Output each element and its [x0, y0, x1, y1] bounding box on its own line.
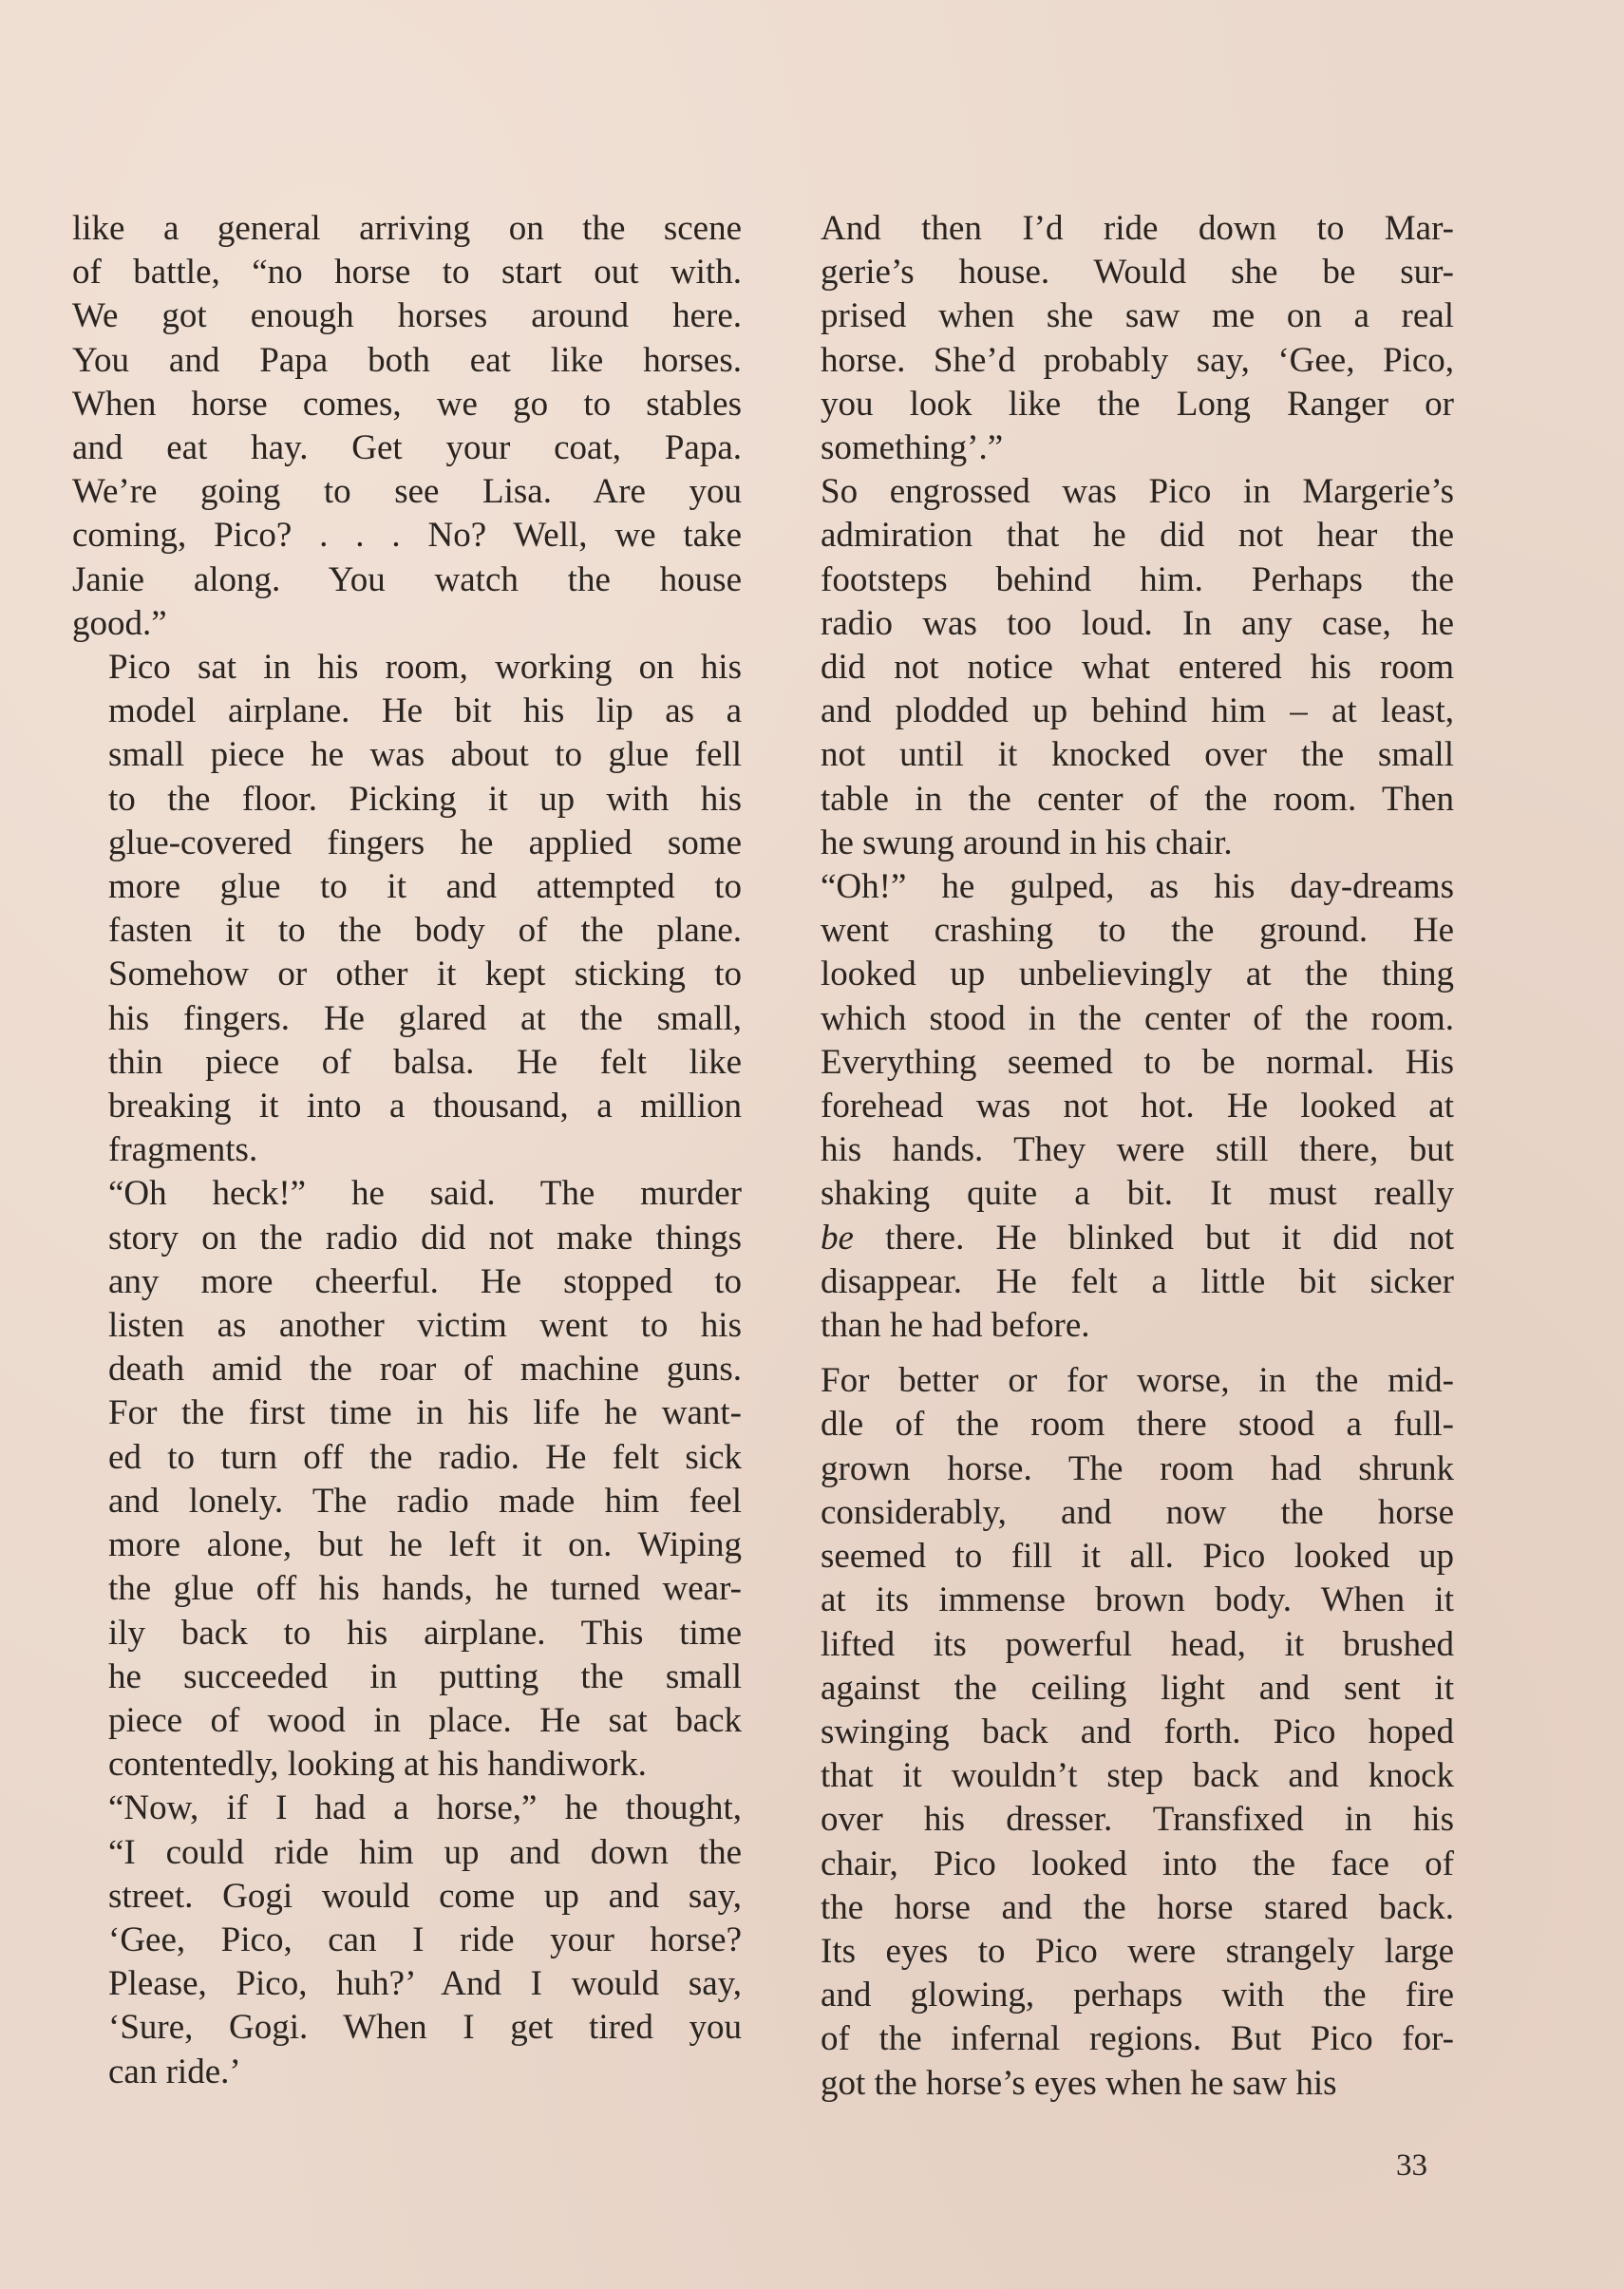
italic-emphasis: be: [821, 1219, 854, 1258]
text-line: and lonely. The radio made him feel: [72, 1480, 742, 1523]
text-line: good.”: [72, 602, 742, 646]
text-line: small piece he was about to glue fell: [72, 733, 742, 777]
text-line: got the horse’s eyes when he saw his: [784, 2062, 1454, 2106]
text-line: went crashing to the ground. He: [784, 909, 1454, 953]
text-line: and glowing, perhaps with the fire: [784, 1974, 1454, 2017]
text-line: his fingers. He glared at the small,: [72, 997, 742, 1041]
text-line: Its eyes to Pico were strangely large: [784, 1930, 1454, 1974]
text-line: prised when she saw me on a real: [784, 294, 1454, 338]
paragraph: “Now, if I had a horse,” he thought,“I c…: [72, 1787, 742, 2093]
text-line: When horse comes, we go to stables: [72, 383, 742, 426]
text-line: piece of wood in place. He sat back: [72, 1699, 742, 1743]
text-line: coming, Pico? . . . No? Well, we take: [72, 514, 742, 558]
text-line: contentedly, looking at his handiwork.: [72, 1743, 742, 1787]
text-line: admiration that he did not hear the: [784, 514, 1454, 558]
text-line: radio was too loud. In any case, he: [784, 602, 1454, 646]
text-line: at its immense brown body. When it: [784, 1579, 1454, 1622]
text-line: his hands. They were still there, but: [784, 1128, 1454, 1172]
text-line: We’re going to see Lisa. Are you: [72, 470, 742, 514]
text-line: chair, Pico looked into the face of: [784, 1843, 1454, 1886]
text-line: forehead was not hot. He looked at: [784, 1085, 1454, 1128]
text-line: You and Papa both eat like horses.: [72, 339, 742, 383]
right-column: And then I’d ride down to Mar-gerie’s ho…: [784, 207, 1454, 2106]
text-line: For the first time in his life he want-: [72, 1391, 742, 1435]
text-line: against the ceiling light and sent it: [784, 1667, 1454, 1711]
page-number: 33: [1396, 2148, 1427, 2184]
text-line: than he had before.: [784, 1304, 1454, 1348]
text-line: that it wouldn’t step back and knock: [784, 1754, 1454, 1798]
text-line: you look like the Long Ranger or: [784, 383, 1454, 426]
paragraph: So engrossed was Pico in Margerie’sadmir…: [784, 470, 1454, 865]
text-line: can ride.’: [72, 2051, 742, 2094]
text-line: which stood in the center of the room.: [784, 997, 1454, 1041]
text-line: shaking quite a bit. It must really: [784, 1172, 1454, 1216]
text-line: Janie along. You watch the house: [72, 558, 742, 602]
paragraph: “Oh heck!” he said. The murderstory on t…: [72, 1172, 742, 1787]
text-line: any more cheerful. He stopped to: [72, 1260, 742, 1304]
text-line: fasten it to the body of the plane.: [72, 909, 742, 953]
paragraph: “Oh!” he gulped, as his day-dreamswent c…: [784, 865, 1454, 1348]
text-line: not until it knocked over the small: [784, 733, 1454, 777]
text-line: to the floor. Picking it up with his: [72, 778, 742, 822]
text-line: dle of the room there stood a full-: [784, 1403, 1454, 1447]
text-line: “Oh heck!” he said. The murder: [72, 1172, 742, 1216]
text-line: more glue to it and attempted to: [72, 865, 742, 909]
text-line: ‘Gee, Pico, can I ride your horse?: [72, 1919, 742, 1962]
text-line: of battle, “no horse to start out with.: [72, 251, 742, 294]
text-line: Somehow or other it kept sticking to: [72, 953, 742, 996]
text-line: lifted its powerful head, it brushed: [784, 1623, 1454, 1667]
text-line: breaking it into a thousand, a million: [72, 1085, 742, 1128]
text-line: So engrossed was Pico in Margerie’s: [784, 470, 1454, 514]
text-line: ed to turn off the radio. He felt sick: [72, 1436, 742, 1480]
text-line: model airplane. He bit his lip as a: [72, 690, 742, 733]
text-line: Please, Pico, huh?’ And I would say,: [72, 1962, 742, 2006]
text-line: We got enough horses around here.: [72, 294, 742, 338]
text-line: death amid the roar of machine guns.: [72, 1348, 742, 1391]
text-line: thin piece of balsa. He felt like: [72, 1041, 742, 1085]
book-page: like a general arriving on the sceneof b…: [0, 0, 1624, 2289]
text-line: he succeeded in putting the small: [72, 1655, 742, 1699]
text-line: he swung around in his chair.: [784, 822, 1454, 865]
text-line: glue-covered fingers he applied some: [72, 822, 742, 865]
text-line: table in the center of the room. Then: [784, 778, 1454, 822]
text-line: footsteps behind him. Perhaps the: [784, 558, 1454, 602]
left-column: like a general arriving on the sceneof b…: [72, 207, 742, 2094]
text-line: swinging back and forth. Pico hoped: [784, 1711, 1454, 1754]
text-line: For better or for worse, in the mid-: [784, 1359, 1454, 1403]
text-line: And then I’d ride down to Mar-: [784, 207, 1454, 251]
text-line: looked up unbelievingly at the thing: [784, 953, 1454, 996]
text-line: grown horse. The room had shrunk: [784, 1447, 1454, 1491]
text-line: considerably, and now the horse: [784, 1491, 1454, 1535]
text-line: did not notice what entered his room: [784, 646, 1454, 690]
text-line: the horse and the horse stared back.: [784, 1886, 1454, 1930]
text-line: “I could ride him up and down the: [72, 1831, 742, 1875]
paragraph: For better or for worse, in the mid-dle …: [784, 1359, 1454, 2105]
text-line: fragments.: [72, 1128, 742, 1172]
text-line: story on the radio did not make things: [72, 1217, 742, 1260]
paragraph: Pico sat in his room, working on hismode…: [72, 646, 742, 1172]
text-line: horse. She’d probably say, ‘Gee, Pico,: [784, 339, 1454, 383]
text-line: Pico sat in his room, working on his: [72, 646, 742, 690]
text-line: ‘Sure, Gogi. When I get tired you: [72, 2006, 742, 2050]
text-line: listen as another victim went to his: [72, 1304, 742, 1348]
text-line: of the infernal regions. But Pico for-: [784, 2017, 1454, 2061]
text-line: more alone, but he left it on. Wiping: [72, 1523, 742, 1567]
text-line: “Oh!” he gulped, as his day-dreams: [784, 865, 1454, 909]
text-line: the glue off his hands, he turned wear-: [72, 1567, 742, 1611]
paragraph: like a general arriving on the sceneof b…: [72, 207, 742, 646]
text-line: disappear. He felt a little bit sicker: [784, 1260, 1454, 1304]
text-line: over his dresser. Transfixed in his: [784, 1798, 1454, 1842]
text-line: “Now, if I had a horse,” he thought,: [72, 1787, 742, 1830]
text-line: something’.”: [784, 426, 1454, 470]
text-line: street. Gogi would come up and say,: [72, 1875, 742, 1919]
text-line: gerie’s house. Would she be sur-: [784, 251, 1454, 294]
paragraph: And then I’d ride down to Mar-gerie’s ho…: [784, 207, 1454, 470]
text-line: Everything seemed to be normal. His: [784, 1041, 1454, 1085]
text-line: seemed to fill it all. Pico looked up: [784, 1535, 1454, 1579]
text-line: like a general arriving on the scene: [72, 207, 742, 251]
text-line: ily back to his airplane. This time: [72, 1612, 742, 1655]
text-line: and eat hay. Get your coat, Papa.: [72, 426, 742, 470]
text-line: be there. He blinked but it did not: [784, 1217, 1454, 1260]
text-line: and plodded up behind him – at least,: [784, 690, 1454, 733]
